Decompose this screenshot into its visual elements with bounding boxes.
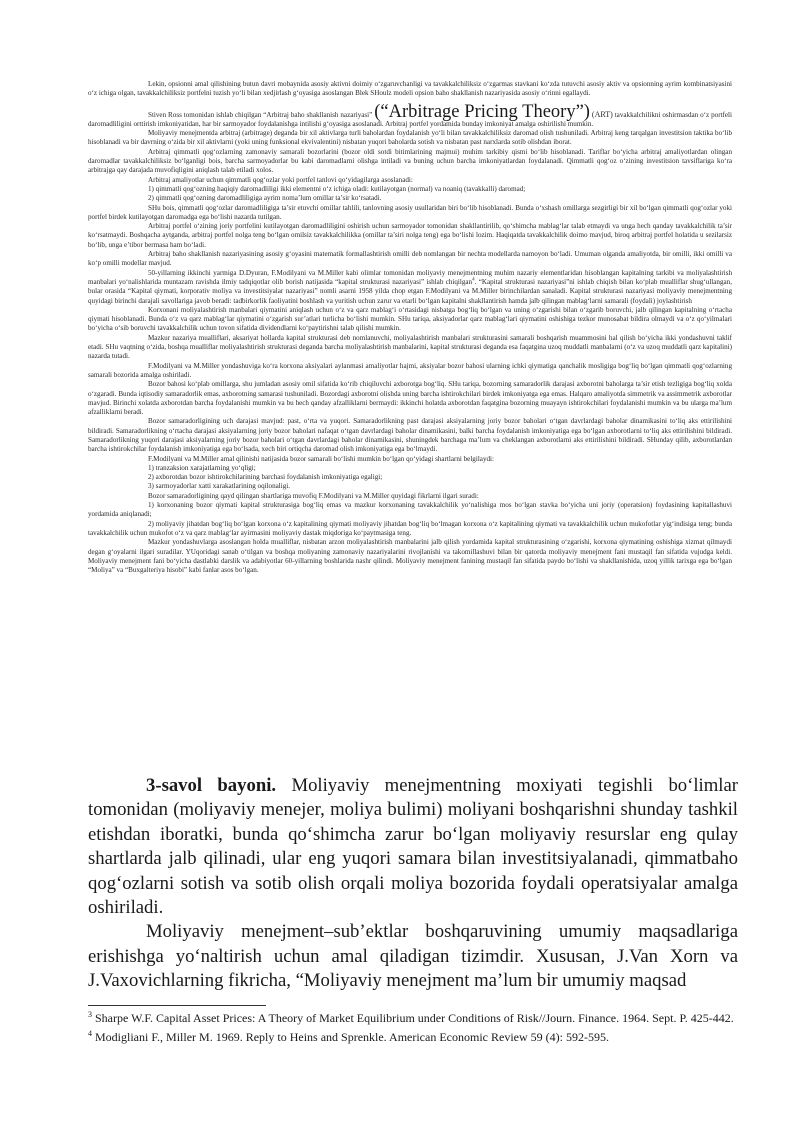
footnote-separator xyxy=(88,1005,266,1006)
paragraph: Lekin, opsionni amal qilishining butun d… xyxy=(88,80,732,99)
list-item: 1) tranzaksion xarajatlarning yo‘qligi; xyxy=(88,464,732,473)
apt-intro: Stiven Ross tomonidan ishlab chiqilgan “… xyxy=(148,111,372,119)
paragraph-text: Moliyaviy menejmentning moxiyati tegishl… xyxy=(88,775,738,918)
list-item: 2) axborotdan bozor ishtirokchilarining … xyxy=(88,473,732,482)
apt-abbr: (ART) xyxy=(592,110,613,119)
paragraph: Mazkur yondashuvlarga asoslangan holda m… xyxy=(88,538,732,575)
paragraph: 50-yillarning ikkinchi yarmiga D.Dyuran,… xyxy=(88,269,732,306)
main-text-section: 3-savol bayoni. Moliyaviy menejmentning … xyxy=(88,774,738,994)
footnote-text: Sharpe W.F. Capital Asset Prices: A Theo… xyxy=(92,1011,734,1025)
apt-title-large: (“Arbitrage Pricing Theory”) xyxy=(374,102,590,122)
paragraph: Bozor samaradorligining qayd qilingan sh… xyxy=(88,492,732,501)
paragraph: Arbitraj portfel o‘zining joriy portfeli… xyxy=(88,222,732,250)
paragraph: Arbitraj baho shakllanish nazariyasining… xyxy=(88,250,732,269)
footnote: 4 Modigliani F., Miller M. 1969. Reply t… xyxy=(88,1029,768,1046)
list-item: 2) qimmatli qog‘ozning daromadliligiga a… xyxy=(88,194,732,203)
paragraph: Bozor samaradorligining uch darajasi mav… xyxy=(88,417,732,454)
paragraph: F.Modilyani va M.Miller amal qilinishi n… xyxy=(88,455,732,464)
question-paragraph: 3-savol bayoni. Moliyaviy menejmentning … xyxy=(88,774,738,920)
footnotes: 3 Sharpe W.F. Capital Asset Prices: A Th… xyxy=(88,1010,768,1048)
paragraph: Bozor bahosi ko‘plab omillarga, shu juml… xyxy=(88,380,732,417)
paragraph-apt: Stiven Ross tomonidan ishlab chiqilgan “… xyxy=(88,105,732,130)
footnote: 3 Sharpe W.F. Capital Asset Prices: A Th… xyxy=(88,1010,768,1027)
paragraph: F.Modilyani va M.Miller yondashuviga ko‘… xyxy=(88,362,732,381)
section-heading: 3-savol bayoni. xyxy=(146,775,276,796)
paragraph: Arbitraj amaliyotlar uchun qimmatli qog‘… xyxy=(88,176,732,185)
paragraph: Moliyaviy menejment–sub’ektlar boshqaruv… xyxy=(88,920,738,993)
list-item: 3) sarmoyadorlar xatti xarakatlarining o… xyxy=(88,482,732,491)
paragraph: SHu bois, qimmatli qog‘ozlar daromadlili… xyxy=(88,204,732,223)
paragraph: Moliyaviy menejmentda arbitraj (arbitrag… xyxy=(88,129,732,148)
list-item: 1) qimmatli qog‘ozning haqiqiy daromadli… xyxy=(88,185,732,194)
footnote-text: Modigliani F., Miller M. 1969. Reply to … xyxy=(92,1030,609,1044)
list-item: 2) moliyaviy jihatdan bog‘liq bo‘lgan ko… xyxy=(88,520,732,539)
paragraph: Arbitraj qimmatli qog‘ozlarning zamonavi… xyxy=(88,148,732,176)
list-item: 1) korxonaning bozor qiymati kapital str… xyxy=(88,501,732,520)
small-text-section: Lekin, opsionni amal qilishining butun d… xyxy=(88,80,732,575)
paragraph: Korxonani moliyalashtirish manbalari qiy… xyxy=(88,306,732,334)
paragraph: Mazkur nazariya mualliflari, aksariyat h… xyxy=(88,334,732,362)
